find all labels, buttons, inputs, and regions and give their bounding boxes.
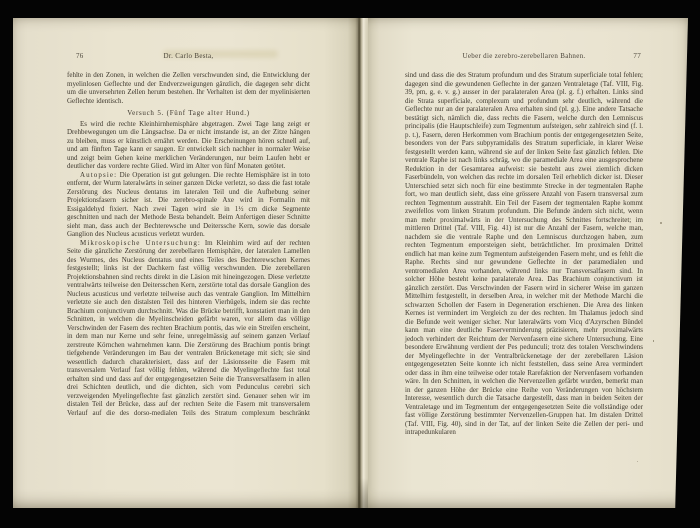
- paragraph: Mikroskopische Untersuchung: Im Kleinhir…: [67, 239, 310, 418]
- paragraph: fehlte in den Zonen, in welchen die Zell…: [67, 71, 310, 105]
- paper-speck: [637, 461, 639, 463]
- running-head-left: 76 Dr. Carlo Besta,: [67, 52, 310, 61]
- running-header-left-title: Dr. Carlo Besta,: [67, 52, 310, 61]
- paragraph: Es wird die rechte Kleinhirnhemisphäre a…: [67, 120, 310, 171]
- page-body-left: fehlte in den Zonen, in welchen die Zell…: [67, 71, 310, 417]
- page-number-right: 77: [633, 52, 641, 61]
- section-heading: Versuch 5. (Fünf Tage alter Hund.): [67, 109, 310, 118]
- paper-speck: [653, 340, 655, 342]
- paragraph: Autopsie: Die Operation ist gut gelungen…: [67, 171, 310, 239]
- screenshot-root: { "colors": { "surround": "#040404", "pa…: [0, 0, 700, 528]
- running-head-right: Ueber die zerebro-zerebellaren Bahnen. 7…: [405, 52, 643, 61]
- page-body-right: sind und dass die des Stratum profundum …: [405, 71, 643, 437]
- book-spread: 76 Dr. Carlo Besta, fehlte in den Zonen,…: [13, 18, 688, 508]
- page-left: 76 Dr. Carlo Besta, fehlte in den Zonen,…: [13, 18, 358, 508]
- page-right: Ueber die zerebro-zerebellaren Bahnen. 7…: [368, 18, 688, 508]
- paper-speck: [660, 222, 662, 224]
- paragraph: sind und dass die des Stratum profundum …: [405, 71, 643, 437]
- spaced-lead: Autopsie:: [80, 171, 117, 179]
- page-number-left: 76: [76, 52, 84, 61]
- running-header-right-title: Ueber die zerebro-zerebellaren Bahnen.: [405, 52, 643, 61]
- spaced-lead: Mikroskopische Untersuchung:: [80, 239, 201, 247]
- binding-gutter: [358, 18, 368, 508]
